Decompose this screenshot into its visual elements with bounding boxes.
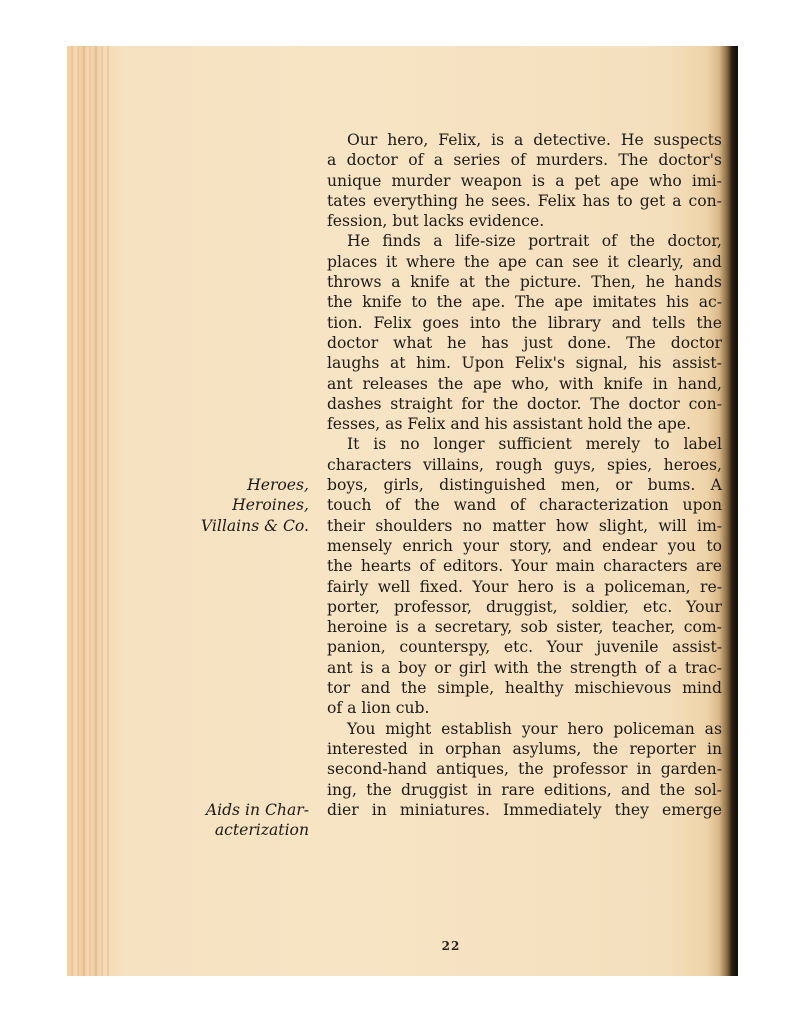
- word: the: [366, 780, 392, 800]
- text-line: doctorwhathehasjustdone.Thedoctor: [327, 333, 722, 353]
- word: the: [414, 495, 440, 515]
- word: It: [347, 434, 359, 454]
- word: hero: [567, 719, 603, 739]
- word: at: [459, 272, 475, 292]
- word: a: [327, 150, 336, 170]
- word: are: [696, 556, 722, 576]
- word: at: [390, 353, 406, 373]
- word: has: [481, 333, 508, 353]
- text-line: second-handantiques,theprofessoringarden…: [327, 759, 722, 779]
- text-line: boys,girls,distinguishedmen,orbums.A: [327, 475, 722, 495]
- word: emerge: [662, 800, 722, 820]
- word: wand: [454, 495, 497, 515]
- text-line: Ourhero,Felix,isadetective.Hesuspects: [327, 130, 722, 150]
- word: Immediately: [503, 800, 602, 820]
- word: the: [660, 780, 686, 800]
- word: men,: [561, 475, 600, 495]
- word: murders.: [536, 150, 608, 170]
- word: and: [612, 313, 641, 333]
- word: you: [668, 536, 696, 556]
- word: knife: [410, 272, 449, 292]
- word: portrait: [528, 231, 589, 251]
- word: the: [464, 252, 490, 272]
- word: sufficient: [498, 434, 571, 454]
- word: policeman: [613, 719, 694, 739]
- word: merely: [586, 434, 641, 454]
- text-line: laughsathim.UponFelix'ssignal,hisassist-: [327, 353, 722, 373]
- word: heroine: [327, 617, 387, 637]
- word: policeman,: [604, 577, 690, 597]
- word: pet: [575, 171, 600, 191]
- word: releases: [362, 374, 427, 394]
- word: who,: [511, 374, 549, 394]
- word: a: [668, 658, 677, 678]
- word: who: [649, 171, 682, 191]
- word: is: [373, 434, 386, 454]
- word: story,: [509, 536, 552, 556]
- word: is: [396, 617, 409, 637]
- word: the: [327, 556, 353, 576]
- word: fixed.: [420, 577, 463, 597]
- word: He: [347, 231, 370, 251]
- word: ac-: [699, 292, 722, 312]
- word: sob: [521, 617, 548, 637]
- word: druggist: [401, 780, 468, 800]
- text-line: theknifetotheape.Theapeimitateshisac-: [327, 292, 722, 312]
- word: girls,: [383, 475, 423, 495]
- word: con-: [689, 191, 722, 211]
- word: garden-: [661, 759, 722, 779]
- word: Your: [547, 637, 583, 657]
- word: im-: [697, 516, 722, 536]
- word: doctor.: [527, 394, 581, 414]
- word: of: [385, 495, 400, 515]
- word: spies,: [607, 455, 652, 475]
- word: doctor: [347, 150, 398, 170]
- word: is: [491, 130, 504, 150]
- word: the: [629, 231, 655, 251]
- word: heroes,: [664, 455, 722, 475]
- text-line: uniquemurderweaponisapetapewhoimi-: [327, 171, 722, 191]
- line-text: fesses, as Felix and his assistant hold …: [327, 414, 691, 434]
- word: in: [477, 780, 492, 800]
- word: it: [386, 252, 397, 272]
- word: in: [372, 800, 387, 820]
- word: label: [684, 434, 722, 454]
- word: the: [438, 374, 464, 394]
- word: main: [556, 556, 595, 576]
- word: and: [621, 780, 650, 800]
- text-line: charactersvillains,roughguys,spies,heroe…: [327, 455, 722, 475]
- word: and: [693, 252, 722, 272]
- word: imi-: [692, 171, 722, 191]
- word: a: [434, 150, 443, 170]
- word: is: [360, 658, 373, 678]
- word: just: [524, 333, 553, 353]
- word: endear: [602, 536, 657, 556]
- text-line: torandthesimple,healthymischievousmind: [327, 678, 722, 698]
- word: will: [658, 516, 686, 536]
- text-line: heroineisasecretary,sobsister,teacher,co…: [327, 617, 722, 637]
- word: their: [327, 516, 365, 536]
- word: see: [572, 252, 598, 272]
- word: the: [401, 678, 427, 698]
- word: is: [563, 577, 576, 597]
- word: the: [493, 394, 519, 414]
- word: his: [638, 353, 661, 373]
- word: well: [378, 577, 411, 597]
- word: suspects: [654, 130, 722, 150]
- word: or: [615, 475, 632, 495]
- word: ape: [498, 252, 527, 272]
- word: how: [556, 516, 589, 536]
- word: The: [590, 394, 620, 414]
- word: unique: [327, 171, 381, 191]
- word: your: [522, 719, 558, 739]
- word: counterspy,: [399, 637, 490, 657]
- word: shoulders: [375, 516, 452, 536]
- text-line: interestedinorphanasylums,thereporterin: [327, 739, 722, 759]
- word: etc.: [504, 637, 533, 657]
- word: the: [485, 272, 511, 292]
- word: doctor: [629, 394, 680, 414]
- word: assist-: [672, 637, 722, 657]
- word: doctor: [327, 333, 378, 353]
- word: boys,: [327, 475, 368, 495]
- word: juvenile: [596, 637, 658, 657]
- body-text: Ourhero,Felix,isadetective.Hesuspectsado…: [327, 130, 722, 820]
- word: tor: [327, 678, 350, 698]
- word: a: [586, 577, 595, 597]
- word: mind: [682, 678, 722, 698]
- text-line: dierinminiatures.Immediatelytheyemerge: [327, 800, 722, 820]
- word: in: [653, 374, 668, 394]
- word: picture.: [520, 272, 582, 292]
- word: Your: [686, 597, 722, 617]
- margin-note-line: Heroes,: [247, 475, 309, 495]
- text-line: fesses, as Felix and his assistant hold …: [327, 414, 722, 434]
- word: it: [607, 252, 618, 272]
- word: re-: [700, 577, 722, 597]
- word: a: [555, 171, 564, 191]
- word: longer: [433, 434, 484, 454]
- word: ape: [554, 292, 583, 312]
- word: sees.: [491, 191, 530, 211]
- text-line: antreleasestheapewho,withknifeinhand,: [327, 374, 722, 394]
- word: dier: [327, 800, 359, 820]
- text-line: fairlywellfixed.Yourheroisapoliceman,re-: [327, 577, 722, 597]
- word: panion,: [327, 637, 386, 657]
- word: editors.: [443, 556, 503, 576]
- word: second-hand: [327, 759, 427, 779]
- text-line: antisaboyorgirlwiththestrengthofatrac-: [327, 658, 722, 678]
- word: touch: [327, 495, 371, 515]
- text-line: theheartsofeditors.Yourmaincharactersare: [327, 556, 722, 576]
- text-line: adoctorofaseriesofmurders.Thedoctor's: [327, 150, 722, 170]
- word: knife: [603, 374, 642, 394]
- word: boy: [398, 658, 426, 678]
- word: series: [453, 150, 500, 170]
- word: might: [385, 719, 431, 739]
- word: strength: [570, 658, 637, 678]
- text-line: porter,professor,druggist,soldier,etc.Yo…: [327, 597, 722, 617]
- word: imitates: [593, 292, 657, 312]
- text-line: menselyenrichyourstory,andendearyouto: [327, 536, 722, 556]
- word: ape: [473, 374, 502, 394]
- word: bums.: [648, 475, 696, 495]
- word: matter: [492, 516, 545, 536]
- word: miniatures.: [400, 800, 490, 820]
- text-line: theirshouldersnomatterhowslight,willim-: [327, 516, 722, 536]
- word: has: [583, 191, 610, 211]
- word: con-: [689, 394, 722, 414]
- word: ing,: [327, 780, 357, 800]
- word: can: [535, 252, 563, 272]
- word: trac-: [685, 658, 722, 678]
- word: tion.: [327, 313, 363, 333]
- word: everything: [373, 191, 458, 211]
- word: establish: [441, 719, 512, 739]
- word: a: [391, 272, 400, 292]
- word: they: [615, 800, 649, 820]
- word: life-size: [455, 231, 516, 251]
- word: a: [433, 231, 442, 251]
- word: knife: [362, 292, 401, 312]
- word: mischievous: [574, 678, 671, 698]
- word: your: [463, 536, 499, 556]
- word: druggist,: [486, 597, 558, 617]
- text-line: placesitwheretheapecanseeitclearly,and: [327, 252, 722, 272]
- word: tells: [652, 313, 685, 333]
- text-line: tion.Felixgoesintothelibraryandtellsthe: [327, 313, 722, 333]
- word: the: [593, 739, 619, 759]
- word: A: [711, 475, 722, 495]
- word: ant: [327, 374, 353, 394]
- word: The: [626, 333, 656, 353]
- word: Your: [512, 556, 548, 576]
- text-line: touchofthewandofcharacterizationupon: [327, 495, 722, 515]
- word: murder: [391, 171, 450, 191]
- word: he: [646, 272, 665, 292]
- word: straight: [390, 394, 452, 414]
- word: the: [511, 313, 537, 333]
- word: The: [618, 150, 648, 170]
- word: com-: [684, 617, 722, 637]
- word: healthy: [505, 678, 564, 698]
- word: hearts: [361, 556, 411, 576]
- word: rough: [495, 455, 542, 475]
- word: to: [411, 292, 427, 312]
- text-line: throwsaknifeatthepicture.Then,hehands: [327, 272, 722, 292]
- word: throws: [327, 272, 382, 292]
- text-line: of a lion cub.: [327, 698, 722, 718]
- word: Our: [347, 130, 377, 150]
- word: clearly,: [627, 252, 683, 272]
- word: the: [437, 292, 463, 312]
- word: ant: [327, 658, 353, 678]
- word: the: [536, 658, 562, 678]
- word: doctor: [671, 333, 722, 353]
- word: slight,: [599, 516, 648, 536]
- word: places: [327, 252, 377, 272]
- word: distinguished: [439, 475, 546, 495]
- text-line: dashesstraightforthedoctor.Thedoctorcon-: [327, 394, 722, 414]
- word: the: [518, 759, 544, 779]
- word: etc.: [643, 597, 672, 617]
- word: soldier,: [572, 597, 629, 617]
- word: assist-: [672, 353, 722, 373]
- word: library: [548, 313, 601, 333]
- word: sol-: [694, 780, 722, 800]
- word: hero,: [387, 130, 428, 150]
- word: in: [419, 739, 434, 759]
- word: ape.: [472, 292, 505, 312]
- word: of: [408, 150, 423, 170]
- word: fairly: [327, 577, 368, 597]
- word: he: [447, 333, 466, 353]
- word: a: [381, 658, 390, 678]
- word: with: [559, 374, 594, 394]
- word: antiques,: [436, 759, 509, 779]
- word: hand,: [678, 374, 722, 394]
- text-line: Hefindsalife-sizeportraitofthedoctor,: [327, 231, 722, 251]
- word: for: [461, 394, 484, 414]
- word: upon: [683, 495, 722, 515]
- word: You: [347, 719, 375, 739]
- word: Upon: [462, 353, 505, 373]
- word: a: [672, 191, 681, 211]
- word: laughs: [327, 353, 379, 373]
- word: The: [515, 292, 545, 312]
- word: of: [645, 658, 660, 678]
- page-number: 22: [431, 939, 471, 953]
- word: hero: [518, 577, 554, 597]
- word: asylums,: [513, 739, 582, 759]
- word: Felix's: [515, 353, 565, 373]
- word: doctor's: [658, 150, 722, 170]
- word: characterization: [539, 495, 669, 515]
- word: is: [532, 171, 545, 191]
- word: professor: [553, 759, 628, 779]
- word: the: [327, 292, 353, 312]
- word: and: [562, 536, 591, 556]
- word: no: [463, 516, 482, 536]
- word: with: [494, 658, 529, 678]
- word: Then,: [591, 272, 636, 292]
- word: He: [621, 130, 644, 150]
- word: of: [511, 150, 526, 170]
- word: a: [417, 617, 426, 637]
- book-page: Ourhero,Felix,isadetective.Hesuspectsado…: [67, 46, 738, 976]
- word: his: [666, 292, 689, 312]
- word: enrich: [402, 536, 453, 556]
- word: dashes: [327, 394, 382, 414]
- word: Felix: [538, 191, 576, 211]
- word: professor,: [394, 597, 472, 617]
- text-line: ing,thedruggistinrareeditions,andthesol-: [327, 780, 722, 800]
- word: girl: [459, 658, 486, 678]
- word: rare: [501, 780, 534, 800]
- text-line: Youmightestablishyourheropolicemanas: [327, 719, 722, 739]
- word: into: [470, 313, 501, 333]
- word: interested: [327, 739, 408, 759]
- word: Your: [472, 577, 508, 597]
- word: tates: [327, 191, 366, 211]
- margin-note-line: Villains & Co.: [201, 516, 309, 536]
- word: porter,: [327, 597, 380, 617]
- line-text: fession, but lacks evidence.: [327, 211, 544, 231]
- word: Felix,: [438, 130, 481, 150]
- word: he: [465, 191, 484, 211]
- word: to: [654, 434, 670, 454]
- word: orphan: [445, 739, 501, 759]
- margin-note-line: acterization: [215, 820, 309, 840]
- word: signal,: [576, 353, 628, 373]
- line-text: of a lion cub.: [327, 698, 429, 718]
- word: no: [400, 434, 419, 454]
- word: the: [696, 313, 722, 333]
- word: of: [602, 231, 617, 251]
- word: where: [406, 252, 455, 272]
- word: characters: [603, 556, 688, 576]
- word: weapon: [461, 171, 522, 191]
- word: in: [707, 739, 722, 759]
- word: simple,: [437, 678, 494, 698]
- word: of: [510, 495, 525, 515]
- word: Felix: [374, 313, 412, 333]
- word: doctor,: [667, 231, 721, 251]
- margin-note-line: Aids in Char-: [206, 800, 309, 820]
- word: villains,: [423, 455, 484, 475]
- word: as: [705, 719, 722, 739]
- word: to: [617, 191, 633, 211]
- word: get: [640, 191, 665, 211]
- word: done.: [568, 333, 612, 353]
- word: finds: [382, 231, 420, 251]
- page-edge-stack: [67, 46, 109, 976]
- word: in: [637, 759, 652, 779]
- word: editions,: [544, 780, 612, 800]
- word: ape: [610, 171, 639, 191]
- word: detective.: [533, 130, 611, 150]
- word: mensely: [327, 536, 392, 556]
- word: teacher,: [612, 617, 676, 637]
- word: him.: [416, 353, 451, 373]
- word: secretary,: [435, 617, 512, 637]
- word: sister,: [556, 617, 603, 637]
- word: guys,: [554, 455, 596, 475]
- word: to: [706, 536, 722, 556]
- word: goes: [422, 313, 459, 333]
- word: hands: [675, 272, 722, 292]
- word: a: [514, 130, 523, 150]
- word: of: [419, 556, 434, 576]
- text-line: fession, but lacks evidence.: [327, 211, 722, 231]
- word: and: [361, 678, 390, 698]
- word: reporter: [629, 739, 695, 759]
- text-line: Itisnolongersufficientmerelytolabel: [327, 434, 722, 454]
- text-line: panion,counterspy,etc.Yourjuvenileassist…: [327, 637, 722, 657]
- word: what: [393, 333, 432, 353]
- text-line: tateseverythinghesees.Felixhastogetacon-: [327, 191, 722, 211]
- word: characters: [327, 455, 412, 475]
- margin-note-line: Heroines,: [232, 495, 309, 515]
- word: or: [434, 658, 451, 678]
